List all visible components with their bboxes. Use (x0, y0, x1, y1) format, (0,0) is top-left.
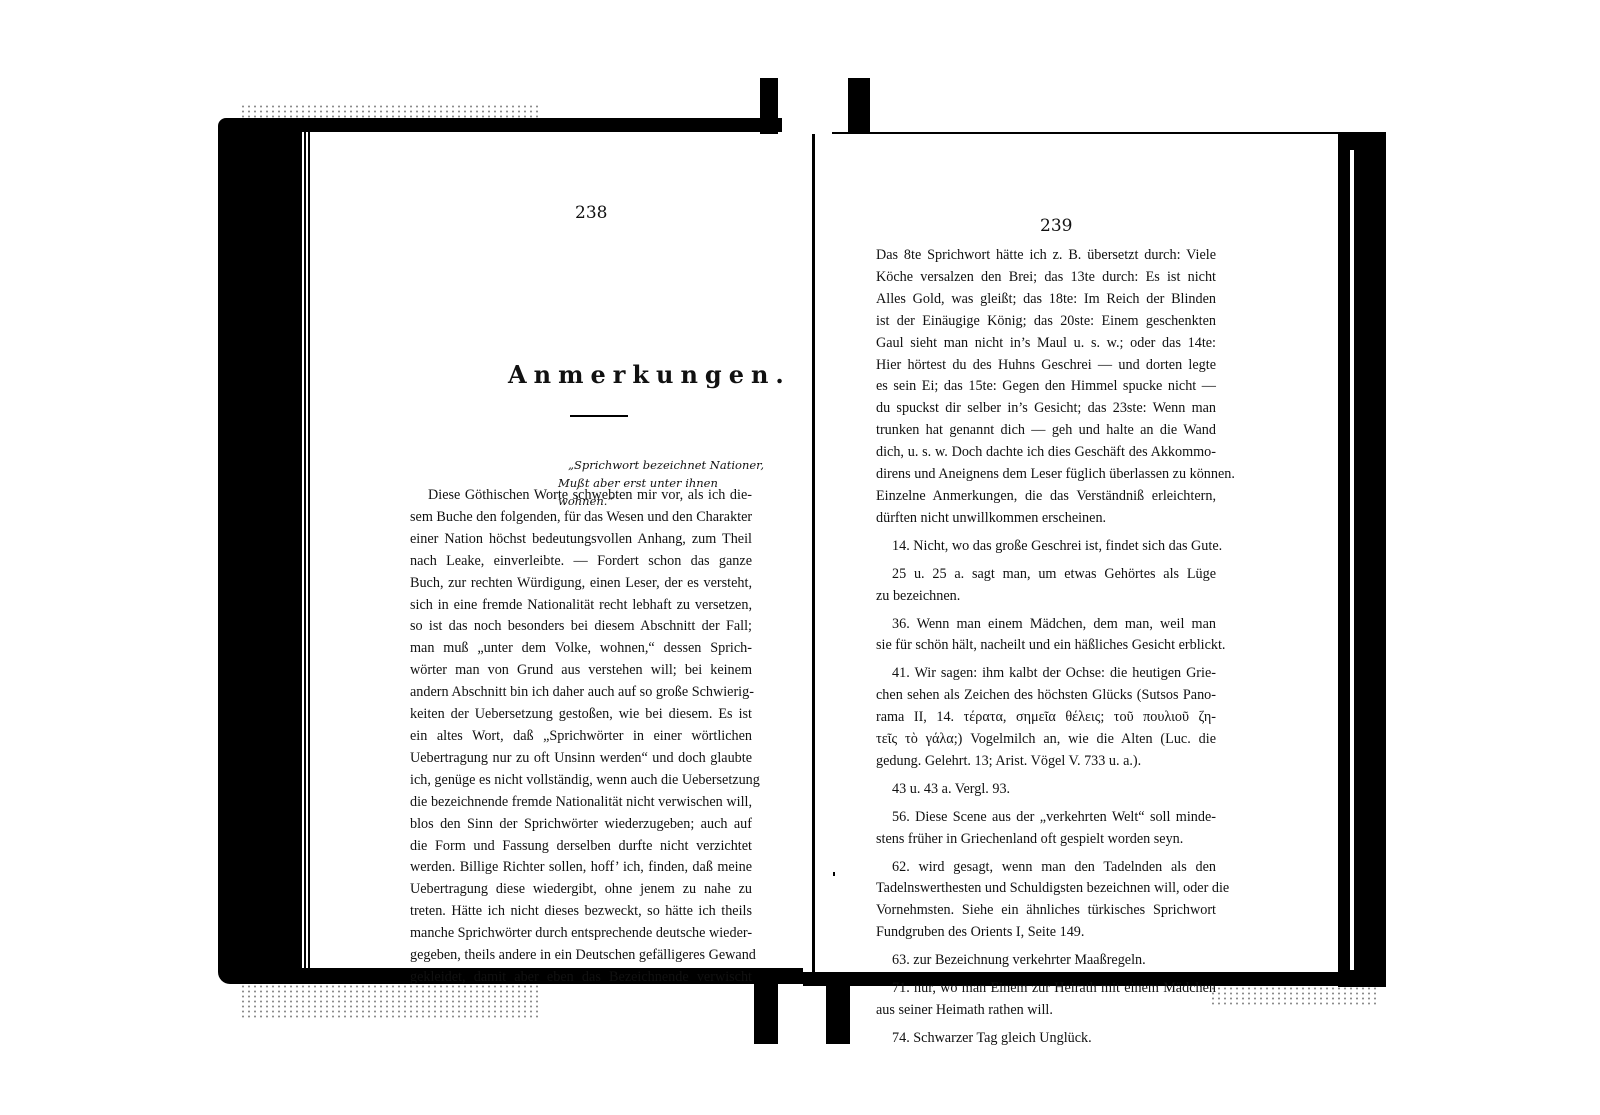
note-56: 56. Diese Scene aus der „verkehrten Welt… (876, 807, 1216, 851)
text-line: Uebertragung diese wiedergibt, ohne jene… (410, 879, 752, 901)
note-74: 74. Schwarzer Tag gleich Unglück. (876, 1028, 1216, 1050)
text-line: 74. Schwarzer Tag gleich Unglück. (876, 1028, 1216, 1050)
page-number-right: 239 (1040, 216, 1072, 236)
bookmark-ribbon-bottom-left (754, 984, 778, 1044)
bookmark-ribbon-top-left (760, 78, 778, 134)
text-line: sich in eine fremde Nationalität recht l… (410, 595, 752, 617)
book-cover-top-left-edge (232, 118, 782, 132)
book-cover-right-edge (1338, 132, 1386, 987)
text-line: Das 8te Sprichwort hätte ich z. B. übers… (876, 245, 1216, 267)
text-line: ich, genüge es nicht vollständig, wenn a… (410, 770, 752, 792)
text-line: so ist das noch besonders bei diesem Abs… (410, 616, 752, 638)
text-line: rama II, 14. τέρατα, σημεῖα θέλεις; τοῦ … (876, 707, 1216, 729)
right-page-body: Das 8te Sprichwort hätte ich z. B. übers… (876, 245, 1216, 1050)
text-line: sem Buche den folgenden, für das Wesen u… (410, 507, 752, 529)
note-14: 14. Nicht, wo das große Geschrei ist, fi… (876, 536, 1216, 558)
text-line: chen sehen als Zeichen des höchsten Glüc… (876, 685, 1216, 707)
text-line: Fundgruben des Orients I, Seite 149. (876, 922, 1216, 944)
text-line: zu bezeichnen. (876, 586, 1216, 608)
note-43: 43 u. 43 a. Vergl. 93. (876, 779, 1216, 801)
text-line: dich, u. s. w. Doch dachte ich dies Gesc… (876, 442, 1216, 464)
text-line: 14. Nicht, wo das große Geschrei ist, fi… (876, 536, 1216, 558)
text-line: ist der Einäugige König; das 20ste: Eine… (876, 311, 1216, 333)
bookmark-ribbon-bottom-right (826, 984, 850, 1044)
text-line: einer Nation höchst bedeutungsvollen Anh… (410, 529, 752, 551)
page-number-left: 238 (575, 203, 607, 223)
text-line: gedung. Gelehrt. 13; Arist. Vögel V. 733… (876, 751, 1216, 773)
text-line: gekleidet, damit aber eben das Bezeichne… (410, 967, 752, 989)
book-page-edges-left (300, 132, 312, 972)
text-line: Tadelnswerthesten und Schuldigsten bezei… (876, 878, 1216, 900)
text-line: gegeben, theils andere in ein Deutschen … (410, 945, 752, 967)
text-line: 36. Wenn man einem Mädchen, dem man, wei… (876, 614, 1216, 636)
note-62: 62. wird gesagt, wenn man den Tadelnden … (876, 857, 1216, 945)
text-line: nach Leake, einverleibte. — Fordert scho… (410, 551, 752, 573)
section-heading: Anmerkungen. (508, 360, 791, 389)
text-line: Buch, zur rechten Würdigung, einen Leser… (410, 573, 752, 595)
book-page-edge-right (1350, 150, 1354, 970)
text-line: Gaul sieht man nicht in’s Maul u. s. w.;… (876, 333, 1216, 355)
text-line: direns und Aneignens dem Leser füglich ü… (876, 464, 1216, 486)
text-line: Köche versalzen den Brei; das 13te durch… (876, 267, 1216, 289)
scan-noise-bottom-right (1210, 986, 1380, 1006)
text-line: aus seiner Heimath rathen will. (876, 1000, 1216, 1022)
text-line: keiten der Uebersetzung gestoßen, wie be… (410, 704, 752, 726)
text-line: 41. Wir sagen: ihm kalbt der Ochse: die … (876, 663, 1216, 685)
book-gutter (812, 134, 815, 976)
text-line: treten. Hätte ich nicht dieses bezweckt,… (410, 901, 752, 923)
scan-speck (833, 872, 835, 876)
note-41: 41. Wir sagen: ihm kalbt der Ochse: die … (876, 663, 1216, 773)
scan-noise-bottom-left (240, 984, 540, 1020)
bookmark-ribbon-top-right (848, 78, 870, 134)
text-line: es sein Ei; das 15te: Gegen den Himmel s… (876, 376, 1216, 398)
text-line: werden. Billige Richter sollen, hoff’ ic… (410, 857, 752, 879)
text-line: dürften nicht unwillkommen erscheinen. (876, 508, 1216, 530)
text-line: τεῖς τὸ γάλα;) Vogelmilch an, wie die Al… (876, 729, 1216, 751)
text-line: man muß „unter dem Volke, wohnen,“ desse… (410, 638, 752, 660)
text-line: 62. wird gesagt, wenn man den Tadelnden … (876, 857, 1216, 879)
note-71: 71. nur, wo man Einem zur Heirath mit ei… (876, 978, 1216, 1022)
text-line: Hier hörtest du des Huhns Geschrei — und… (876, 355, 1216, 377)
text-line: stens früher in Griechenland oft gespiel… (876, 829, 1216, 851)
text-line: 63. zur Bezeichnung verkehrter Maaßregel… (876, 950, 1216, 972)
text-line: 56. Diese Scene aus der „verkehrten Welt… (876, 807, 1216, 829)
text-line: manche Sprichwörter durch entsprechende … (410, 923, 752, 945)
text-line: ein altes Wort, daß „Sprichwörter in ein… (410, 726, 752, 748)
text-line: andern Abschnitt bin ich daher auch auf … (410, 682, 752, 704)
intro-paragraph: Das 8te Sprichwort hätte ich z. B. übers… (876, 245, 1216, 530)
text-line: Alles Gold, was gleißt; das 18te: Im Rei… (876, 289, 1216, 311)
text-line: trunken hat genannt dich — geh und halte… (876, 420, 1216, 442)
left-page-body: Diese Göthischen Worte schwebten mir vor… (410, 485, 752, 989)
text-line: Uebertragung nur zu oft Unsinn werden“ u… (410, 748, 752, 770)
text-line: wörter man von Grund aus verstehen will;… (410, 660, 752, 682)
text-line: Vornehmsten. Siehe ein ähnliches türkisc… (876, 900, 1216, 922)
text-line: die bezeichnende fremde Nationalität nic… (410, 792, 752, 814)
epigraph-line: „Sprichwort bezeichnet Nationer, (558, 456, 768, 474)
text-line: blos den Sinn der Sprichwörter wiederzug… (410, 814, 752, 836)
heading-divider (570, 415, 628, 417)
text-line: 71. nur, wo man Einem zur Heirath mit ei… (876, 978, 1216, 1000)
text-line: sie für schön hält, nacheilt und ein häß… (876, 635, 1216, 657)
book-cover-left-edge (218, 118, 300, 978)
text-line: die Form und Fassung derselben durfte ni… (410, 836, 752, 858)
note-25: 25 u. 25 a. sagt man, um etwas Gehörtes … (876, 564, 1216, 608)
text-line: 25 u. 25 a. sagt man, um etwas Gehörtes … (876, 564, 1216, 586)
text-line: Einzelne Anmerkungen, die das Verständni… (876, 486, 1216, 508)
text-line: Diese Göthischen Worte schwebten mir vor… (410, 485, 752, 507)
text-line: du spuckst dir selber in’s Gesicht; das … (876, 398, 1216, 420)
text-line: 43 u. 43 a. Vergl. 93. (876, 779, 1216, 801)
note-63: 63. zur Bezeichnung verkehrter Maaßregel… (876, 950, 1216, 972)
note-36: 36. Wenn man einem Mädchen, dem man, wei… (876, 614, 1216, 658)
